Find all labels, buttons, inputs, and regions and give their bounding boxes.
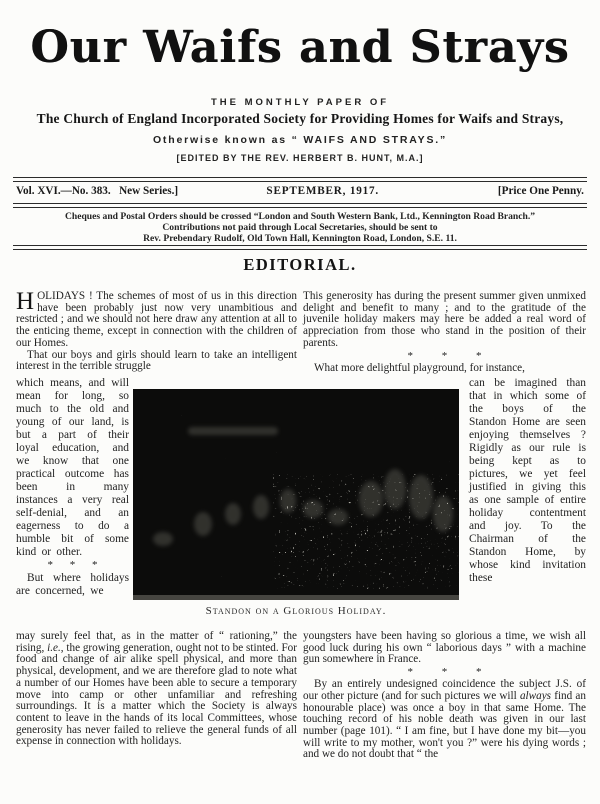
price: [Price One Penny. bbox=[408, 185, 584, 197]
narrow-right-text: can be imagined than that in which some … bbox=[469, 377, 586, 585]
notice-line-3: Rev. Prebendary Rudolf, Old Town Hall, K… bbox=[10, 233, 590, 244]
photo-figure: Standon on a Glorious Holiday. bbox=[133, 389, 459, 617]
column-right-top: This generosity has during the present s… bbox=[303, 291, 586, 374]
editor-line: [EDITED BY THE REV. HERBERT B. HUNT, M.A… bbox=[0, 153, 600, 163]
paragraph-holidays-text: OLIDAYS ! The schemes of most of us in t… bbox=[16, 290, 297, 349]
masthead-rule bbox=[13, 177, 587, 182]
volume-number: Vol. XVI.—No. 383. New Series.] bbox=[16, 185, 238, 197]
narrow-column-left: which means, and will mean for long, so … bbox=[16, 377, 129, 598]
photo-noise-cluster bbox=[273, 474, 459, 589]
notice-line-1: Cheques and Postal Orders should be cros… bbox=[10, 211, 590, 222]
newspaper-page: Our Waifs and Strays THE MONTHLY PAPER O… bbox=[0, 0, 600, 804]
monthly-paper-line: THE MONTHLY PAPER OF bbox=[0, 97, 600, 108]
paragraph-generosity: This generosity has during the present s… bbox=[303, 291, 586, 350]
rationing-italic: i.e. bbox=[47, 642, 61, 654]
coincidence-italic: always bbox=[520, 690, 551, 702]
society-line: The Church of England Incorporated Socie… bbox=[0, 111, 600, 127]
star-separator: * * * bbox=[16, 559, 129, 572]
paragraph-youngsters: youngsters have been having so glorious … bbox=[303, 631, 586, 666]
photo-ground-strip bbox=[133, 595, 459, 600]
issue-date: SEPTEMBER, 1917. bbox=[238, 185, 408, 197]
star-separator: * * * bbox=[303, 350, 586, 363]
dateline-rule bbox=[13, 203, 587, 208]
paragraph-holidays: HOLIDAYS ! The schemes of most of us in … bbox=[16, 291, 297, 350]
notice-line-2: Contributions not paid through Local Sec… bbox=[10, 222, 590, 233]
paper-title: Our Waifs and Strays bbox=[0, 24, 600, 72]
dateline: Vol. XVI.—No. 383. New Series.] SEPTEMBE… bbox=[16, 185, 584, 197]
alias-line: Otherwise known as “ WAIFS AND STRAYS.” bbox=[0, 134, 600, 146]
paragraph-rationing: may surely feel that, as in the matter o… bbox=[16, 631, 297, 748]
photo-caption: Standon on a Glorious Holiday. bbox=[133, 605, 459, 617]
notice-block: Cheques and Postal Orders should be cros… bbox=[10, 211, 590, 244]
paragraph-playground-start: What more delightful playground, for ins… bbox=[303, 363, 586, 375]
narrow-column-right: can be imagined than that in which some … bbox=[469, 377, 586, 585]
narrow-left-continuation: But where holidays are concerned, we bbox=[16, 572, 129, 598]
paragraph-boys-girls: That our boys and girls should learn to … bbox=[16, 350, 297, 373]
holiday-photo bbox=[133, 389, 459, 600]
editorial-heading: EDITORIAL. bbox=[0, 255, 600, 275]
narrow-left-text: which means, and will mean for long, so … bbox=[16, 377, 129, 559]
paragraph-coincidence: By an entirely undesigned coincidence th… bbox=[303, 679, 586, 761]
column-left-bottom: may surely feel that, as in the matter o… bbox=[16, 631, 297, 748]
column-right-bottom: youngsters have been having so glorious … bbox=[303, 631, 586, 761]
dropcap-h: H bbox=[16, 291, 37, 312]
notice-rule bbox=[13, 245, 587, 250]
column-left-top: HOLIDAYS ! The schemes of most of us in … bbox=[16, 291, 297, 373]
rationing-post: , the growing generation, ought not to b… bbox=[16, 642, 297, 748]
